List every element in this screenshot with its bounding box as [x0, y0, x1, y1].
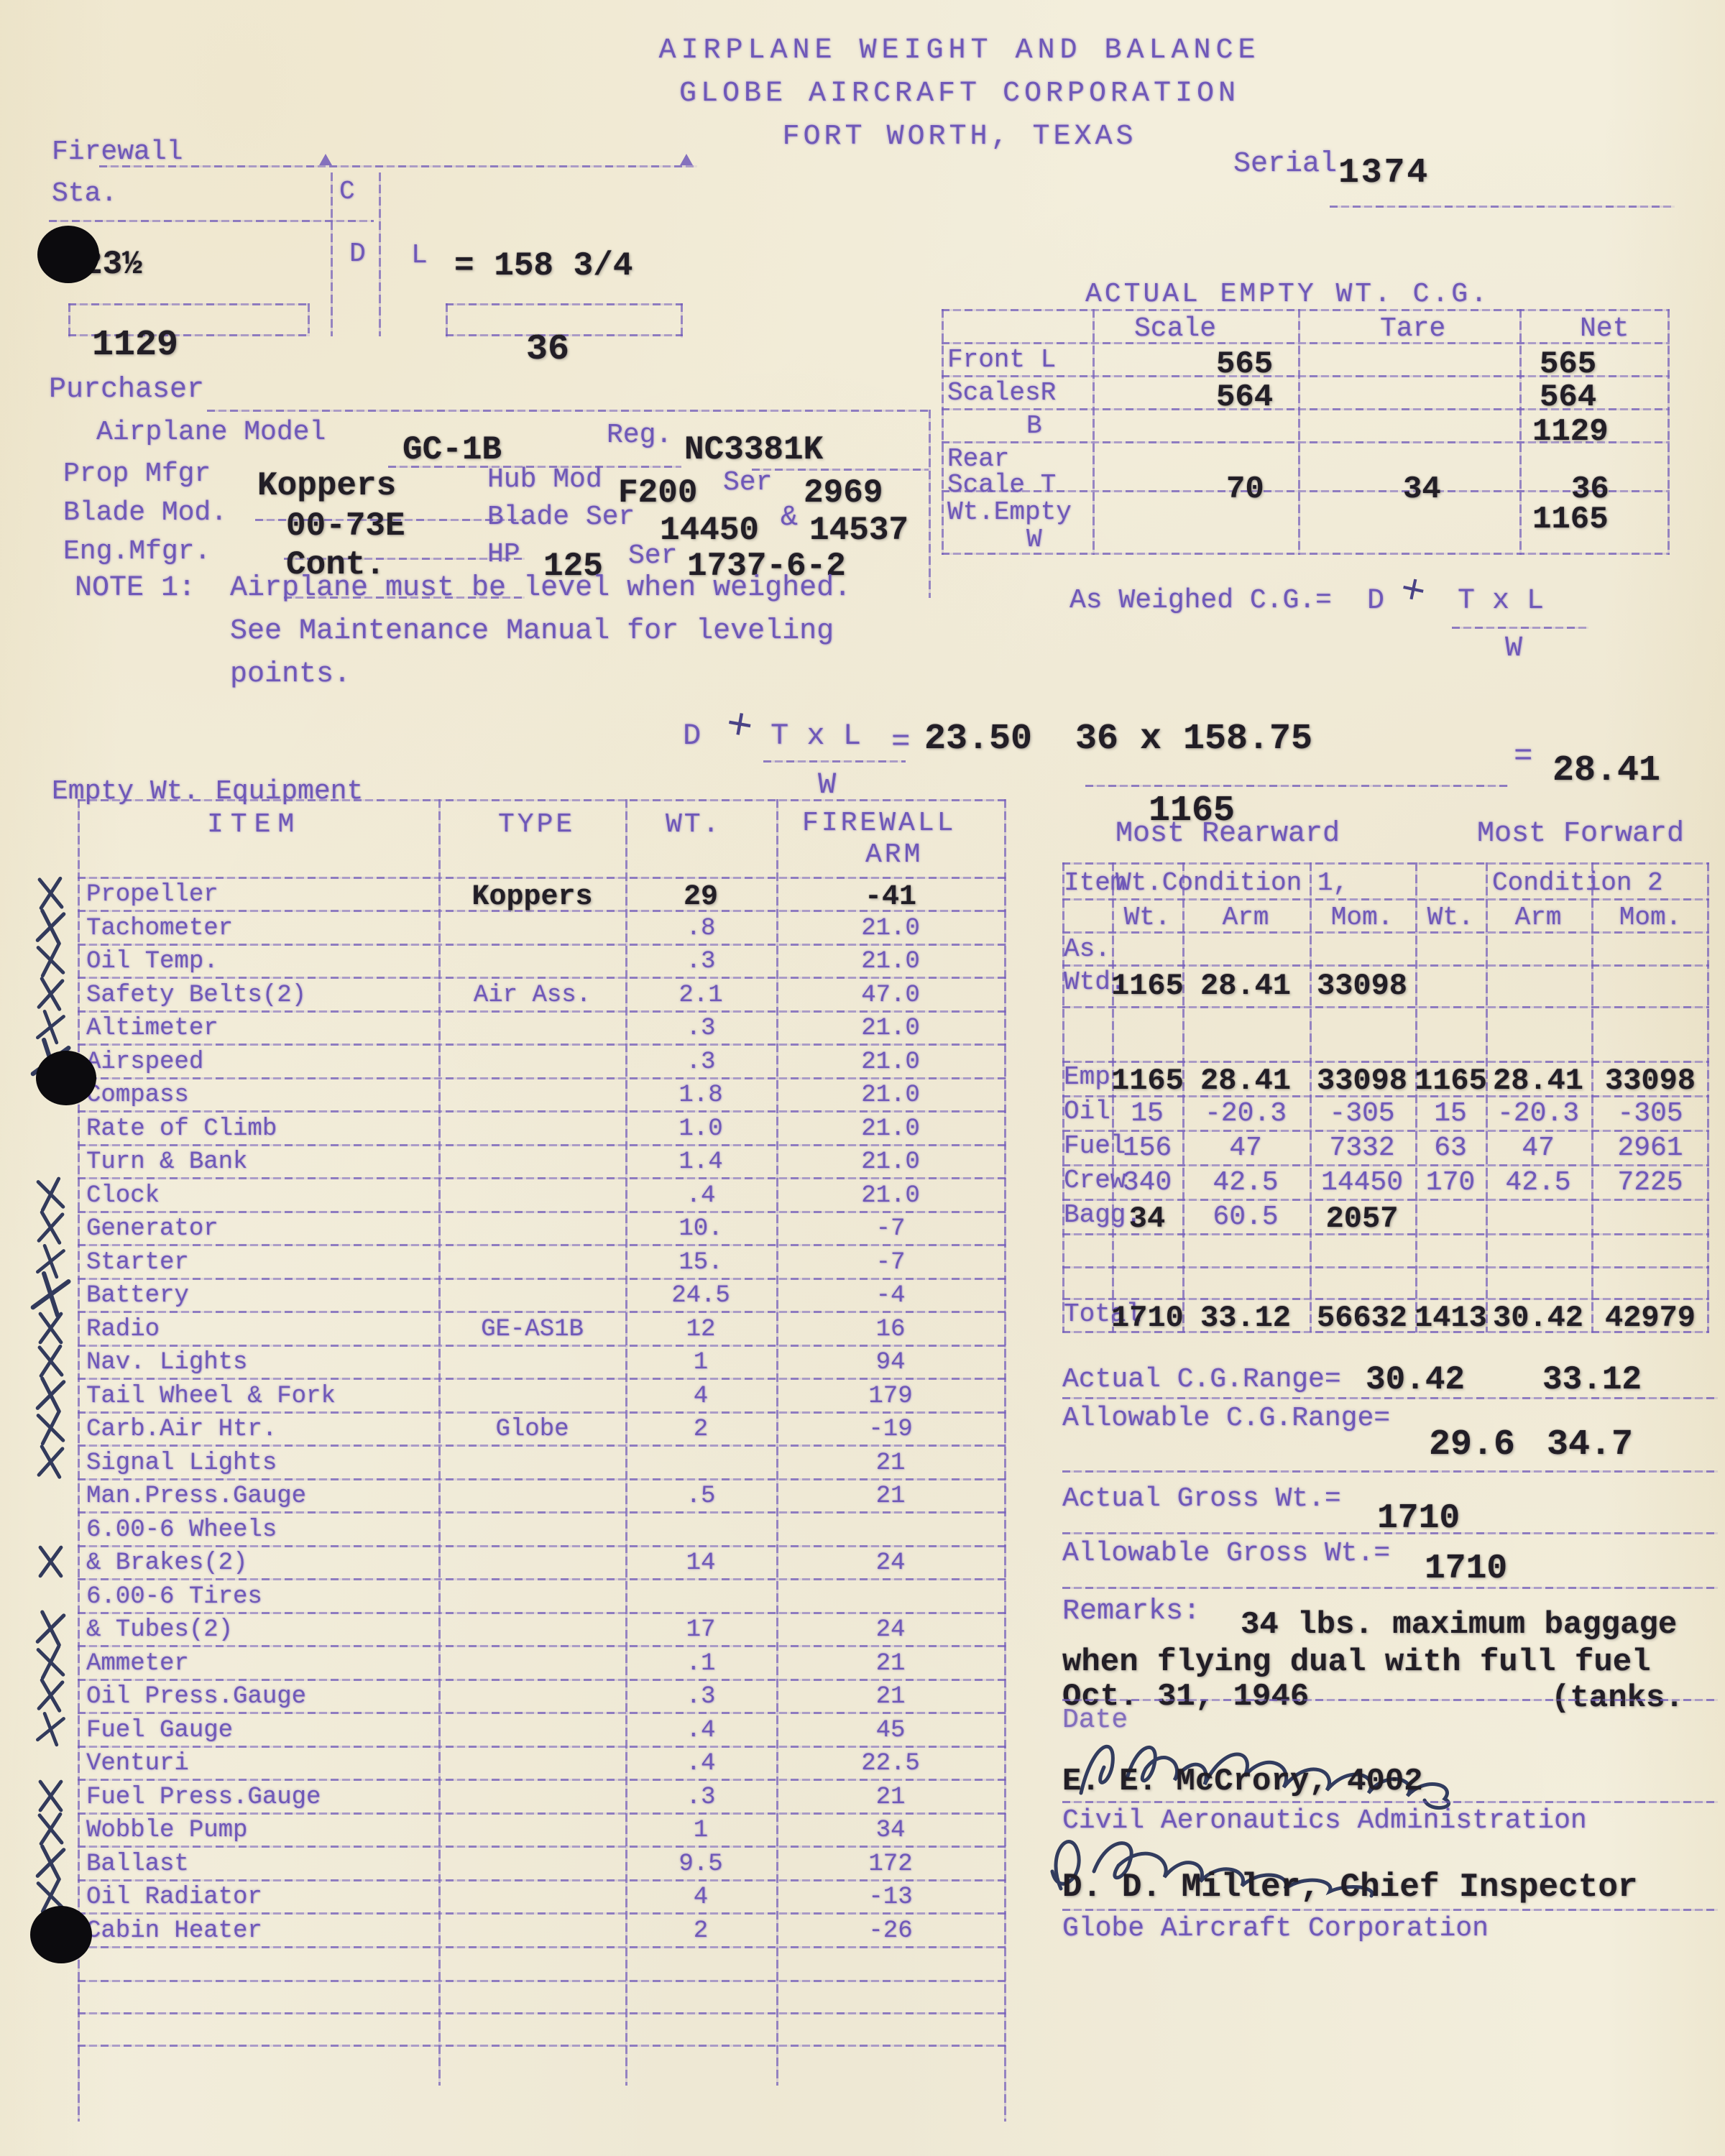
equipment-arm: 21.0: [776, 1082, 1005, 1109]
allowable-gross-value: 1710: [1425, 1549, 1507, 1588]
cond-header-c2: Condition 2: [1492, 868, 1663, 898]
front-l-scale: 565: [1216, 346, 1273, 382]
dimension-arrow-right-icon: [680, 154, 693, 165]
equipment-arm: 34: [776, 1817, 1005, 1844]
equipment-arm: 21: [776, 1650, 1005, 1677]
cond-cell: 33098: [1593, 1064, 1708, 1098]
equipment-wt: 12: [625, 1316, 776, 1343]
equipment-row: Man.Press.Gauge.521: [78, 1480, 1006, 1514]
cond-grid-line: [1062, 1298, 1709, 1300]
actual-cg-label: Actual C.G.Range=: [1062, 1364, 1341, 1395]
cond-cell: -305: [1593, 1098, 1708, 1129]
col-net: Net: [1580, 313, 1629, 344]
cond-cell: 1165: [1414, 1064, 1486, 1098]
equipment-item: Tail Wheel & Fork: [86, 1383, 431, 1410]
cond-cell: 60.5: [1182, 1202, 1309, 1233]
cond-cell: 1165: [1111, 1064, 1183, 1098]
form-title: AIRPLANE WEIGHT AND BALANCE: [528, 34, 1391, 67]
empty-wt-net: 1165: [1532, 502, 1609, 538]
equipment-item: Generator: [86, 1215, 431, 1243]
equipment-type: GE-AS1B: [441, 1316, 624, 1343]
cond-cell: 33.12: [1182, 1301, 1309, 1335]
equipment-wt: .8: [625, 915, 776, 942]
equipment-type: Globe: [441, 1416, 624, 1443]
purchaser-label: Purchaser: [49, 374, 204, 406]
purchaser-rightline: [929, 410, 931, 598]
eq-grid-line: [78, 2012, 1006, 2014]
blade-mod-value: 00-73E: [286, 507, 405, 545]
actual-gross-label: Actual Gross Wt.=: [1062, 1483, 1341, 1514]
cond-row-label: Oil: [1064, 1097, 1110, 1126]
equipment-item: Oil Press.Gauge: [86, 1683, 431, 1710]
l-label: L: [411, 240, 428, 271]
as-weighed-label: As Weighed C.G.=: [1069, 585, 1332, 616]
formula-eq1: =: [891, 724, 910, 760]
cond-grid-line: [1062, 1199, 1709, 1201]
eng-ser-label: Ser: [628, 540, 677, 571]
equipment-wt: 2.1: [625, 982, 776, 1009]
weigh-table: Scale Tare Net Front L ScalesR B Rear Sc…: [942, 309, 1670, 555]
formula-d: D: [683, 719, 701, 753]
left-dim-value: 1129: [92, 325, 178, 366]
length-value: = 158 3/4: [454, 247, 632, 285]
cond-cell: 2961: [1593, 1133, 1708, 1164]
note1-line2: See Maintenance Manual for leveling: [230, 615, 834, 648]
equipment-row: Nav. Lights194: [78, 1346, 1006, 1380]
cond-grid-line: [1062, 1164, 1709, 1166]
row-wt-empty: Wt.Empty: [947, 497, 1072, 527]
left-bracket-top: [68, 303, 310, 305]
equipment-arm: 21.0: [776, 1148, 1005, 1176]
purchaser-topline: [207, 410, 929, 412]
eq-grid-line: [78, 2045, 1006, 2047]
equipment-item: Rate of Climb: [86, 1115, 431, 1143]
cond-cell: 33098: [1308, 1064, 1416, 1098]
equipment-arm: 24: [776, 1549, 1005, 1577]
equipment-arm: -41: [776, 881, 1005, 913]
summary-line: [1062, 1397, 1718, 1399]
b-net: 1129: [1532, 414, 1609, 450]
equipment-row: RadioGE-AS1B1216: [78, 1313, 1006, 1347]
equipment-arm: 21: [776, 1784, 1005, 1811]
cond-cell: 47: [1486, 1133, 1591, 1164]
reg-underline: [752, 469, 929, 471]
equipment-wt: 2: [625, 1917, 776, 1945]
blade-ser-amp: &: [781, 502, 798, 534]
equipment-wt: .4: [625, 1750, 776, 1777]
eq-header-wt: WT.: [666, 809, 721, 840]
weight-and-balance-form: AIRPLANE WEIGHT AND BALANCE GLOBE AIRCRA…: [0, 0, 1725, 2156]
right-bracket-tick2: [681, 303, 683, 338]
cond-sub-header: Mom.: [1308, 903, 1416, 932]
equipment-item: & Brakes(2): [86, 1549, 431, 1577]
equipment-wt: .3: [625, 948, 776, 975]
formula-value1: 23.50: [924, 719, 1032, 760]
equipment-item: & Tubes(2): [86, 1616, 431, 1644]
most-rearward-label: Most Rearward: [1115, 818, 1340, 850]
equipment-item: Oil Temp.: [86, 948, 431, 975]
equipment-wt: 15.: [625, 1249, 776, 1276]
equipment-row: Altimeter.321.0: [78, 1012, 1006, 1046]
datum-line: [99, 165, 697, 167]
equipment-item: Cabin Heater: [86, 1917, 431, 1945]
equipment-item: 6.00-6 Tires: [86, 1583, 431, 1611]
equipment-wt: 14: [625, 1549, 776, 1577]
equipment-item: Man.Press.Gauge: [86, 1483, 431, 1510]
cond-cell: 28.41: [1486, 1064, 1591, 1098]
handwritten-plus-icon: +: [1396, 567, 1430, 618]
equipment-wt: 1: [625, 1817, 776, 1844]
as-weighed-num: T x L: [1458, 585, 1544, 617]
equipment-row: Tail Wheel & Fork4179: [78, 1380, 1006, 1414]
cond-cell: 156: [1111, 1133, 1183, 1164]
formula-long-bar: [1085, 785, 1508, 787]
prop-mfgr-label: Prop Mfgr: [63, 459, 211, 489]
row-w: W: [1026, 525, 1042, 554]
cond-row-label: As.: [1064, 934, 1110, 964]
equipment-row: & Brakes(2)1424: [78, 1547, 1006, 1580]
equipment-item: Carb.Air Htr.: [86, 1416, 431, 1443]
cond-cell: 7332: [1308, 1133, 1416, 1164]
cond-grid-line: [1062, 1006, 1709, 1008]
company-name: GLOBE AIRCRAFT CORPORATION: [528, 78, 1391, 110]
equipment-row: Oil Press.Gauge.321: [78, 1680, 1006, 1714]
equipment-wt: 17: [625, 1616, 776, 1644]
equipment-arm: -19: [776, 1416, 1005, 1443]
blade-mod-label: Blade Mod.: [63, 497, 227, 528]
cond-cell: 28.41: [1182, 969, 1309, 1003]
equipment-arm: 21: [776, 1483, 1005, 1510]
row-scale-t: Scale T: [947, 470, 1056, 499]
note1-label: NOTE 1:: [75, 572, 195, 604]
reg-label: Reg.: [607, 420, 672, 451]
serial-label: Serial: [1233, 148, 1337, 180]
blade-ser-label: Blade Ser: [487, 502, 635, 533]
row-scales-r: ScalesR: [947, 378, 1056, 407]
hub-mod-label: Hub Mod: [487, 464, 602, 495]
signoff-line: [1062, 1801, 1718, 1803]
cond-sub-header: Arm: [1486, 903, 1591, 932]
inspector2-org: Globe Aircraft Corporation: [1062, 1913, 1489, 1944]
equipment-item: Starter: [86, 1249, 431, 1276]
row-front-l: Front L: [947, 345, 1056, 374]
punch-hole-middle: [36, 1051, 96, 1105]
equipment-wt: 1: [625, 1349, 776, 1376]
front-l-net: 565: [1540, 346, 1596, 382]
equipment-arm: -7: [776, 1215, 1005, 1243]
checked-x-mark: [33, 1442, 67, 1480]
equipment-item: Propeller: [86, 881, 431, 908]
formula-num: T x L: [770, 719, 861, 753]
right-bracket-top: [446, 303, 683, 305]
checked-x-mark: [34, 1309, 67, 1347]
actual-cg-max: 33.12: [1542, 1361, 1642, 1399]
equipment-item: Clock: [86, 1182, 431, 1210]
equipment-wt: .3: [625, 1015, 776, 1042]
equipment-arm: 21.0: [776, 1049, 1005, 1076]
equipment-row: Oil Radiator4-13: [78, 1881, 1006, 1915]
cond-cell: 14450: [1308, 1167, 1416, 1198]
d-station-line: [379, 172, 381, 336]
wt-grid-line: [1092, 309, 1095, 555]
dimension-arrow-left-icon: [319, 154, 332, 165]
remarks-line3: (tanks.: [1551, 1680, 1684, 1716]
left-bracket-tick1: [68, 303, 70, 338]
inspector1-name: E. E. McCrory, 4002: [1062, 1764, 1423, 1800]
equipment-wt: 9.5: [625, 1851, 776, 1878]
equipment-wt: .3: [625, 1049, 776, 1076]
equipment-row: Ammeter.121: [78, 1647, 1006, 1681]
serial-underline: [1330, 206, 1675, 208]
equipment-row: Airspeed.321.0: [78, 1046, 1006, 1079]
eq-grid-line: [78, 799, 1006, 801]
hub-ser-label: Ser: [723, 467, 772, 498]
cond-grid-line: [1062, 1266, 1709, 1268]
cond-cell: 42979: [1593, 1301, 1708, 1335]
cond-grid-line: [1062, 862, 1709, 865]
cond-cell: 1710: [1111, 1301, 1183, 1335]
equipment-wt: .3: [625, 1784, 776, 1811]
equipment-row: Battery24.5-4: [78, 1279, 1006, 1313]
note1-line3: points.: [230, 658, 351, 691]
checked-x-mark: [32, 1709, 68, 1749]
note1-line1: Airplane must be level when weighed.: [230, 572, 851, 604]
equipment-row: Safety Belts(2)Air Ass.2.147.0: [78, 979, 1006, 1013]
cond-sub-header: Arm: [1182, 903, 1309, 932]
equipment-row: Rate of Climb1.021.0: [78, 1112, 1006, 1146]
cond-cell: 7225: [1593, 1167, 1708, 1198]
cond-grid-line: [1062, 1130, 1709, 1132]
checked-x-mark: [33, 975, 67, 1013]
col-tare: Tare: [1380, 313, 1445, 344]
eng-mfgr-label: Eng.Mfgr.: [63, 536, 211, 567]
equipment-row: 6.00-6 Wheels: [78, 1514, 1006, 1547]
summary-line: [1062, 1470, 1718, 1473]
blade-ser-value2: 14537: [809, 512, 908, 549]
cond-sub-header: Mom.: [1593, 903, 1708, 932]
equipment-wt: .3: [625, 1683, 776, 1710]
cond-sub-header: Wt.: [1111, 903, 1183, 932]
equipment-item: Oil Radiator: [86, 1884, 431, 1911]
equipment-arm: 22.5: [776, 1750, 1005, 1777]
as-weighed-d: D: [1367, 585, 1384, 617]
equipment-item: Nav. Lights: [86, 1349, 431, 1376]
allowable-cg-label: Allowable C.G.Range=: [1062, 1403, 1390, 1434]
inspector2-name: D. D. Miller, Chief Inspector: [1062, 1869, 1638, 1906]
equipment-item: Airspeed: [86, 1049, 431, 1076]
equipment-arm: 21.0: [776, 1015, 1005, 1042]
remarks-line2: when flying dual with full fuel: [1062, 1644, 1651, 1680]
reg-value: NC3381K: [684, 431, 823, 469]
tail-scale: 70: [1226, 471, 1264, 507]
equipment-row: Oil Temp..321.0: [78, 945, 1006, 979]
punch-hole-top: [37, 226, 99, 283]
cond-cell: 47: [1182, 1133, 1309, 1164]
eq-header-firewall: FIREWALL: [802, 808, 956, 839]
wt-grid-line: [1667, 309, 1670, 555]
equipment-wt: 4: [625, 1884, 776, 1911]
equipment-wt: 10.: [625, 1215, 776, 1243]
cond-cell: 340: [1111, 1167, 1183, 1198]
equipment-row: PropellerKoppers29-41: [78, 878, 1006, 912]
c-label: C: [339, 177, 355, 206]
remarks-line1: 34 lbs. maximum baggage: [1241, 1607, 1677, 1643]
wt-grid-line: [1298, 309, 1300, 555]
cond-cell: 34: [1111, 1202, 1183, 1236]
scales-r-net: 564: [1540, 379, 1596, 415]
serial-value: 1374: [1338, 154, 1430, 193]
cond-cell: 170: [1414, 1167, 1486, 1198]
weigh-table-title: ACTUAL EMPTY WT. C.G.: [1085, 279, 1490, 310]
c-station-line: [331, 172, 333, 336]
formula-expr: 36 x 158.75: [1075, 719, 1312, 760]
equipment-arm: 47.0: [776, 982, 1005, 1009]
equipment-item: Radio: [86, 1316, 431, 1343]
airplane-model-value: GC-1B: [402, 431, 502, 469]
cond-cell: 2057: [1308, 1202, 1416, 1236]
eq-grid-line: [78, 1980, 1006, 1982]
cond-cell: 28.41: [1182, 1064, 1309, 1098]
equipment-row: Ballast9.5172: [78, 1848, 1006, 1881]
equipment-arm: 16: [776, 1316, 1005, 1343]
punch-hole-bottom: [30, 1906, 92, 1963]
equipment-wt: .5: [625, 1483, 776, 1510]
sta-underline: [49, 220, 374, 222]
equipment-row: Starter15.-7: [78, 1246, 1006, 1280]
equipment-arm: 172: [776, 1851, 1005, 1878]
equipment-wt: 1.4: [625, 1148, 776, 1176]
cond-cell: -20.3: [1182, 1098, 1309, 1129]
equipment-arm: 21: [776, 1450, 1005, 1477]
equipment-item: Battery: [86, 1282, 431, 1309]
d-label: D: [349, 239, 366, 269]
equipment-arm: 21.0: [776, 1182, 1005, 1210]
hub-ser-value: 2969: [804, 474, 883, 512]
date-line: [1062, 1699, 1718, 1701]
equipment-item: Turn & Bank: [86, 1148, 431, 1176]
equipment-wt: .1: [625, 1650, 776, 1677]
scales-r-scale: 564: [1216, 379, 1273, 415]
equipment-item: Safety Belts(2): [86, 982, 431, 1009]
summary-line: [1062, 1587, 1718, 1589]
as-weighed-fraction-bar: [1452, 627, 1588, 629]
right-dim-value: 36: [526, 329, 569, 370]
actual-cg-min: 30.42: [1366, 1361, 1465, 1399]
wt-grid-line: [942, 553, 1670, 555]
formula-den: W: [818, 768, 836, 802]
firewall-label: Firewall: [52, 137, 183, 167]
formula-eq2: =: [1514, 739, 1532, 775]
handwritten-plus2-icon: +: [722, 699, 757, 754]
equipment-table: ITEM TYPE WT. FIREWALL ARM PropellerKopp…: [78, 799, 1006, 2122]
right-bracket-tick1: [446, 303, 448, 338]
equipment-wt: 24.5: [625, 1282, 776, 1309]
equipment-arm: -13: [776, 1884, 1005, 1911]
summary-line: [1062, 1532, 1718, 1534]
equipment-row: Clock.421.0: [78, 1179, 1006, 1213]
equipment-row: Fuel Gauge.445: [78, 1714, 1006, 1748]
equipment-type: Air Ass.: [441, 982, 624, 1009]
condition-table: Item Wt.Condition 1, Condition 2 Wt.ArmM…: [1062, 862, 1709, 1334]
allowable-cg-min: 29.6: [1429, 1424, 1515, 1465]
left-bracket-tick2: [308, 303, 310, 333]
equipment-row: Generator10.-7: [78, 1212, 1006, 1246]
equipment-arm: 21: [776, 1683, 1005, 1710]
equipment-row: Compass1.821.0: [78, 1079, 1006, 1112]
equipment-wt: 29: [625, 881, 776, 913]
row-b: B: [1026, 411, 1042, 441]
wt-grid-line: [942, 342, 1670, 344]
equipment-arm: -7: [776, 1249, 1005, 1276]
tail-tare: 34: [1403, 471, 1441, 507]
equipment-row: Fuel Press.Gauge.321: [78, 1781, 1006, 1815]
prop-mfgr-value: Koppers: [257, 467, 396, 505]
cond-grid-line: [1062, 1061, 1709, 1063]
equipment-arm: 21.0: [776, 948, 1005, 975]
equipment-type: Koppers: [441, 881, 624, 913]
cond-grid-line: [1062, 898, 1709, 900]
col-scale: Scale: [1134, 313, 1216, 344]
airplane-model-label: Airplane Model: [96, 417, 326, 448]
checked-x-mark: [32, 1608, 69, 1649]
cond-row-label: Emp: [1064, 1062, 1110, 1092]
checked-x-mark: [33, 1677, 67, 1715]
equipment-item: Fuel Press.Gauge: [86, 1784, 431, 1811]
equipment-row: Venturi.422.5: [78, 1747, 1006, 1781]
equipment-row: Cabin Heater2-26: [78, 1915, 1006, 1948]
most-forward-label: Most Forward: [1477, 818, 1684, 850]
formula-fraction-bar: [763, 760, 906, 763]
equipment-item: Wobble Pump: [86, 1817, 431, 1844]
equipment-item: 6.00-6 Wheels: [86, 1516, 431, 1544]
equipment-arm: 94: [776, 1349, 1005, 1376]
cond-cell: 15: [1111, 1098, 1183, 1129]
sta-label: Sta.: [52, 178, 117, 209]
equipment-row: Tachometer.821.0: [78, 912, 1006, 946]
row-rear: Rear: [947, 444, 1009, 474]
equipment-item: Signal Lights: [86, 1450, 431, 1477]
eq-row-line: [78, 1946, 1006, 1948]
equipment-row: 6.00-6 Tires: [78, 1580, 1006, 1614]
eq-header-type: TYPE: [498, 809, 575, 840]
equipment-item: Compass: [86, 1082, 431, 1109]
cond-grid-line: [1062, 964, 1709, 967]
cond-cell: 30.42: [1486, 1301, 1591, 1335]
checked-x-mark: [33, 1209, 67, 1247]
equipment-item: Venturi: [86, 1750, 431, 1777]
cond-cell: 63: [1414, 1133, 1486, 1164]
cond-header-c1: Wt.Condition 1,: [1115, 868, 1348, 898]
equipment-arm: -26: [776, 1917, 1005, 1945]
equipment-item: Altimeter: [86, 1015, 431, 1042]
cond-cell: 42.5: [1182, 1167, 1309, 1198]
allowable-cg-max: 34.7: [1547, 1424, 1633, 1465]
equipment-arm: 24: [776, 1616, 1005, 1644]
cond-cell: -20.3: [1486, 1098, 1591, 1129]
equipment-wt: 4: [625, 1383, 776, 1410]
equipment-arm: -4: [776, 1282, 1005, 1309]
wt-grid-line: [1519, 309, 1522, 555]
equipment-row: Turn & Bank1.421.0: [78, 1146, 1006, 1179]
equipment-arm: 21.0: [776, 1115, 1005, 1143]
cond-cell: 56632: [1308, 1301, 1416, 1335]
cond-cell: 1165: [1111, 969, 1183, 1003]
wt-grid-line: [942, 309, 1670, 311]
checked-x-mark: [34, 1777, 67, 1815]
equipment-item: Ammeter: [86, 1650, 431, 1677]
equipment-arm: 45: [776, 1717, 1005, 1744]
equipment-row: Signal Lights21: [78, 1447, 1006, 1480]
